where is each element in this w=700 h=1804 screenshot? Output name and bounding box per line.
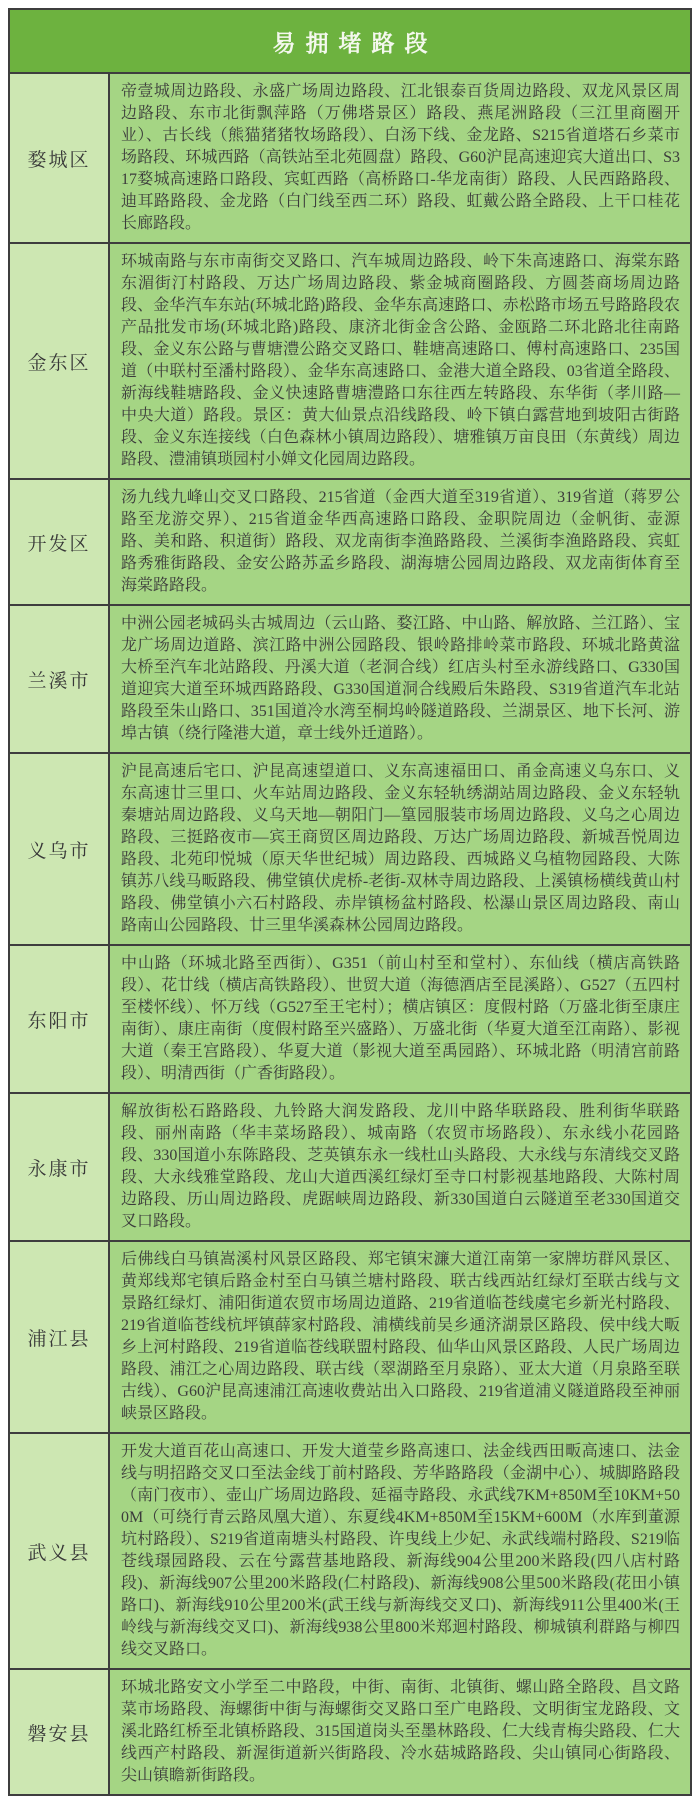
roads-cell-yiwu: 沪昆高速后宅口、沪昆高速望道口、义东高速福田口、甬金高速义乌东口、义东高速廿三里… (110, 754, 690, 944)
region-cell-kaifaqu: 开发区 (10, 480, 110, 604)
roads-cell-pujiang: 后佛线白马镇嵩溪村风景区路段、郑宅镇宋濂大道江南第一家牌坊群风景区、黄郑线郑宅镇… (110, 1242, 690, 1432)
region-cell-yiwu: 义乌市 (10, 754, 110, 944)
roads-cell-wuyi: 开发大道百花山高速口、开发大道莹乡路高速口、法金线西田畈高速口、法金线与明招路交… (110, 1434, 690, 1668)
region-cell-panan: 磐安县 (10, 1670, 110, 1794)
table-row: 婺城区 帝壹城周边路段、永盛广场周边路段、江北银泰百货周边路段、双龙风景区周边路… (10, 74, 690, 244)
congestion-table: 易拥堵路段 婺城区 帝壹城周边路段、永盛广场周边路段、江北银泰百货周边路段、双龙… (8, 8, 692, 1796)
table-row: 兰溪市 中洲公园老城码头古城周边（云山路、婺江路、中山路、解放路、兰江路）、宝龙… (10, 606, 690, 754)
roads-cell-lanxi: 中洲公园老城码头古城周边（云山路、婺江路、中山路、解放路、兰江路）、宝龙广场周边… (110, 606, 690, 752)
roads-cell-kaifaqu: 汤九线九峰山交叉口路段、215省道（金西大道至319省道）、319省道（蒋罗公路… (110, 480, 690, 604)
region-cell-lanxi: 兰溪市 (10, 606, 110, 752)
region-cell-wuyi: 武义县 (10, 1434, 110, 1668)
region-cell-dongyang: 东阳市 (10, 946, 110, 1092)
roads-cell-yongkang: 解放街松石路路段、九铃路大润发路段、龙川中路华联路段、胜利街华联路段、丽州南路（… (110, 1094, 690, 1240)
roads-cell-dongyang: 中山路（环城北路至西街）、G351（前山村至和堂村）、东仙线（横店高铁路段）、花… (110, 946, 690, 1092)
region-cell-jindong: 金东区 (10, 244, 110, 478)
table-row: 武义县 开发大道百花山高速口、开发大道莹乡路高速口、法金线西田畈高速口、法金线与… (10, 1434, 690, 1670)
table-title: 易拥堵路段 (10, 10, 690, 74)
table-row: 金东区 环城南路与东市南街交叉路口、汽车城周边路段、岭下朱高速路口、海棠东路东湄… (10, 244, 690, 480)
region-cell-pujiang: 浦江县 (10, 1242, 110, 1432)
table-row: 义乌市 沪昆高速后宅口、沪昆高速望道口、义东高速福田口、甬金高速义乌东口、义东高… (10, 754, 690, 946)
roads-cell-wucheng: 帝壹城周边路段、永盛广场周边路段、江北银泰百货周边路段、双龙风景区周边路段、东市… (110, 74, 690, 242)
congestion-roads-page: 易拥堵路段 婺城区 帝壹城周边路段、永盛广场周边路段、江北银泰百货周边路段、双龙… (0, 0, 700, 1804)
table-row: 开发区 汤九线九峰山交叉口路段、215省道（金西大道至319省道）、319省道（… (10, 480, 690, 606)
region-cell-yongkang: 永康市 (10, 1094, 110, 1240)
table-row: 永康市 解放街松石路路段、九铃路大润发路段、龙川中路华联路段、胜利街华联路段、丽… (10, 1094, 690, 1242)
region-cell-wucheng: 婺城区 (10, 74, 110, 242)
table-row: 浦江县 后佛线白马镇嵩溪村风景区路段、郑宅镇宋濂大道江南第一家牌坊群风景区、黄郑… (10, 1242, 690, 1434)
table-row: 东阳市 中山路（环城北路至西街）、G351（前山村至和堂村）、东仙线（横店高铁路… (10, 946, 690, 1094)
roads-cell-jindong: 环城南路与东市南街交叉路口、汽车城周边路段、岭下朱高速路口、海棠东路东湄街汀村路… (110, 244, 690, 478)
roads-cell-panan: 环城北路安文小学至二中路段，中街、南街、北镇街、螺山路全路段、昌文路菜市场路段、… (110, 1670, 690, 1794)
table-row: 磐安县 环城北路安文小学至二中路段，中街、南街、北镇街、螺山路全路段、昌文路菜市… (10, 1670, 690, 1794)
